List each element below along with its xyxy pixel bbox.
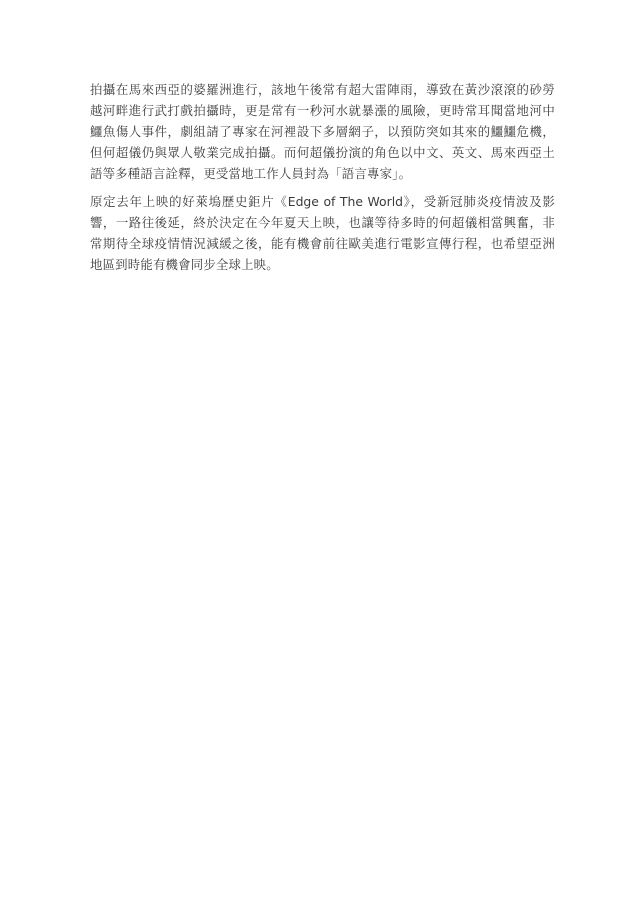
document-body: 拍攝在馬來西亞的婆羅洲進行，該地午後常有超大雷陣雨，導致在黃沙滾滾的砂勞越河畔進… (90, 79, 555, 282)
film-title: Edge of The World (288, 194, 403, 209)
paragraph-filming: 拍攝在馬來西亞的婆羅洲進行，該地午後常有超大雷陣雨，導致在黃沙滾滾的砂勞越河畔進… (90, 79, 555, 184)
paragraph-release: 原定去年上映的好萊塢歷史鉅片《Edge of The World》，受新冠肺炎疫… (90, 191, 555, 275)
paragraph-release-lead: 原定去年上映的好萊塢歷史鉅片《 (90, 194, 288, 209)
